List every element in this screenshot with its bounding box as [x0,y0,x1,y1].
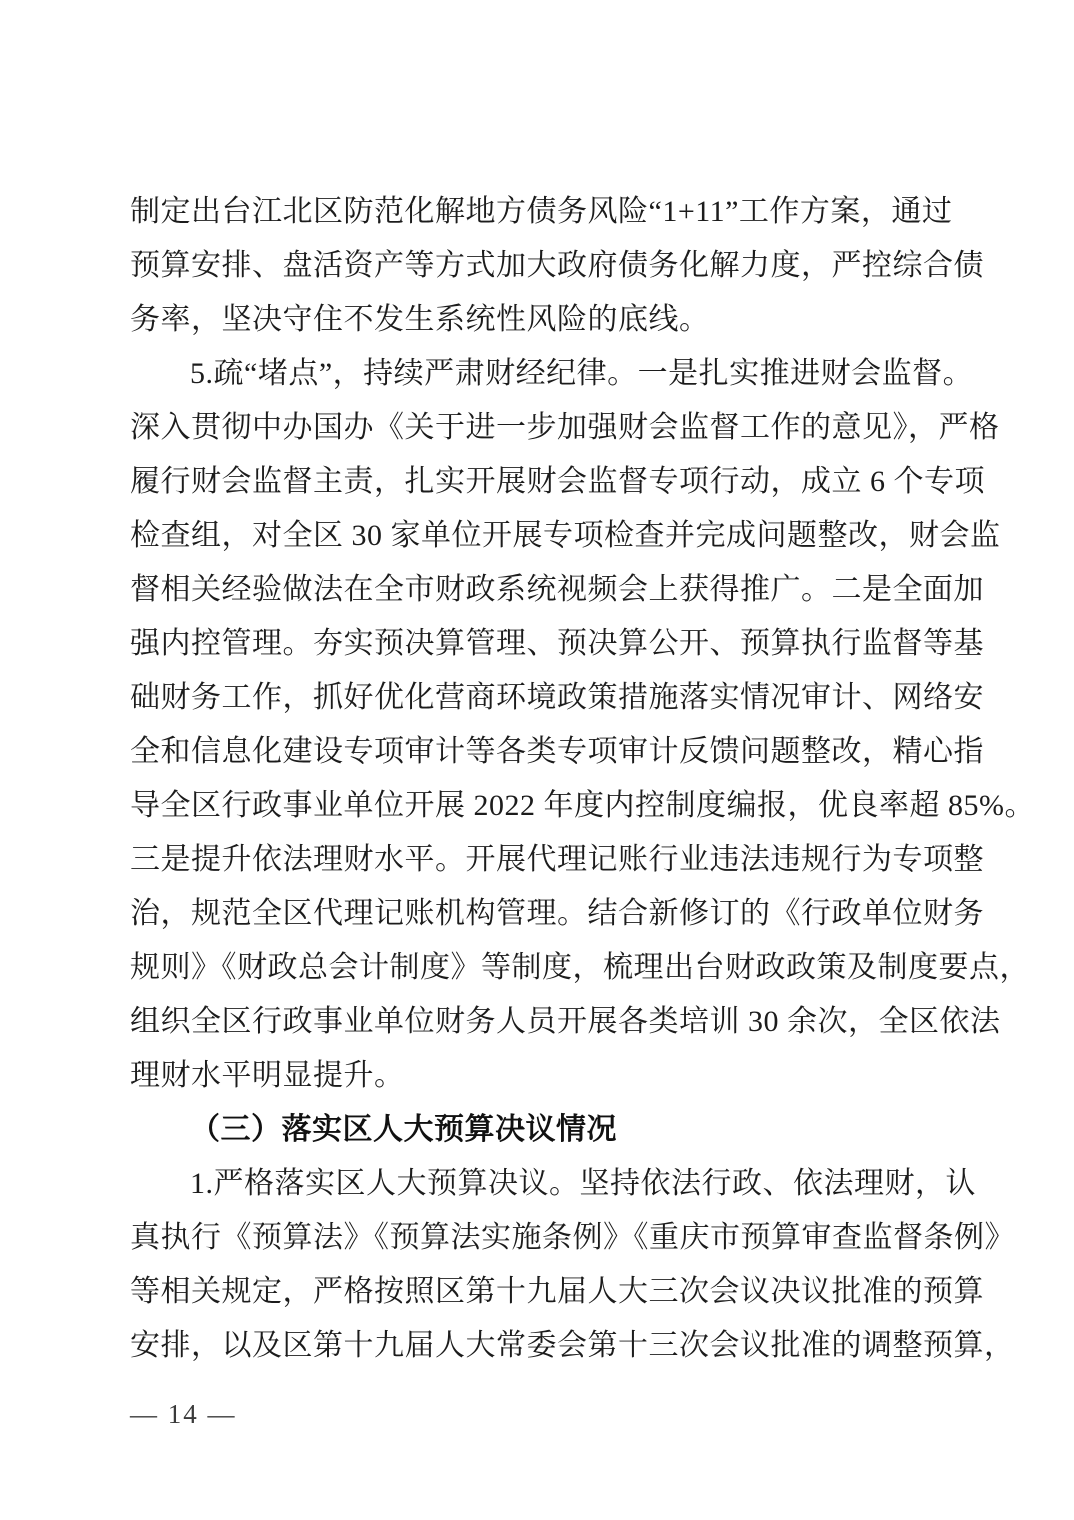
text-line: 安排，以及区第十九届人大常委会第十三次会议批准的调整预算， [130,1319,952,1373]
text-line: 制定出台江北区防范化解地方债务风险“1+11”工作方案，通过 [130,185,952,239]
text-line: 理财水平明显提升。 [130,1049,952,1103]
document-page: 制定出台江北区防范化解地方债务风险“1+11”工作方案，通过 预算安排、盘活资产… [0,0,1074,1520]
paragraph-start-line: 1.严格落实区人大预算决议。坚持依法行政、依法理财，认 [130,1157,952,1211]
page-number: — 14 — [130,1396,237,1432]
text-line: 导全区行政事业单位开展 2022 年度内控制度编报，优良率超 85%。 [130,779,952,833]
text-line: 真执行《预算法》《预算法实施条例》《重庆市预算审查监督条例》 [130,1211,952,1265]
text-line: 务率，坚决守住不发生系统性风险的底线。 [130,293,952,347]
document-text-block: 制定出台江北区防范化解地方债务风险“1+11”工作方案，通过 预算安排、盘活资产… [130,185,952,1373]
text-line: 检查组，对全区 30 家单位开展专项检查并完成问题整改，财会监 [130,509,952,563]
section-heading: （三）落实区人大预算决议情况 [130,1103,952,1157]
text-line: 全和信息化建设专项审计等各类专项审计反馈问题整改，精心指 [130,725,952,779]
text-line: 预算安排、盘活资产等方式加大政府债务化解力度，严控综合债 [130,239,952,293]
text-line: 治，规范全区代理记账机构管理。结合新修订的《行政单位财务 [130,887,952,941]
text-line: 规则》《财政总会计制度》等制度，梳理出台财政政策及制度要点， [130,941,952,995]
text-line: 组织全区行政事业单位财务人员开展各类培训 30 余次，全区依法 [130,995,952,1049]
text-line: 等相关规定，严格按照区第十九届人大三次会议决议批准的预算 [130,1265,952,1319]
text-line: 履行财会监督主责，扎实开展财会监督专项行动，成立 6 个专项 [130,455,952,509]
text-line: 三是提升依法理财水平。开展代理记账行业违法违规行为专项整 [130,833,952,887]
text-line: 础财务工作，抓好优化营商环境政策措施落实情况审计、网络安 [130,671,952,725]
paragraph-start-line: 5.疏“堵点”，持续严肃财经纪律。一是扎实推进财会监督。 [130,347,952,401]
text-line: 督相关经验做法在全市财政系统视频会上获得推广。二是全面加 [130,563,952,617]
text-line: 深入贯彻中办国办《关于进一步加强财会监督工作的意见》，严格 [130,401,952,455]
text-line: 强内控管理。夯实预决算管理、预决算公开、预算执行监督等基 [130,617,952,671]
